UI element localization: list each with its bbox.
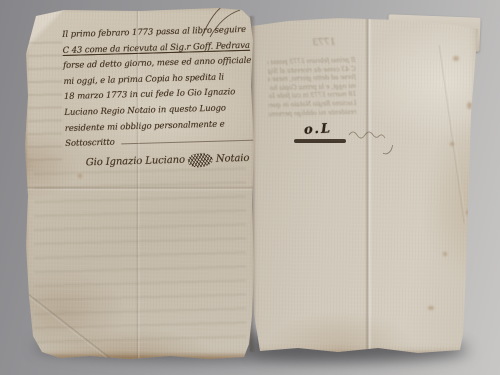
archival-mark-underline	[294, 139, 346, 143]
photo-backdrop: 1773 Il primo febraro 1773 passa al libr…	[0, 0, 500, 375]
bleedthrough-text-block: Il primo febraro 1773 passa al libro seg…	[267, 57, 357, 119]
browned-bottom-edge	[30, 352, 250, 361]
bleedthrough-line: residente mi obbligo personalmente e	[269, 108, 357, 119]
foxing-spot	[467, 102, 472, 109]
archival-ink-mark: o.L	[292, 122, 412, 162]
archival-mark-text: o.L	[304, 121, 333, 137]
foxing-spot	[466, 210, 471, 215]
foxing-spot	[453, 56, 459, 61]
handwriting-block: Il primo febraro 1773 passa al libro seg…	[62, 23, 258, 173]
foxing-spot	[443, 252, 447, 256]
foxing-spot	[450, 142, 454, 146]
right-page-crease	[438, 45, 466, 224]
archival-mark-flourish	[383, 143, 393, 156]
bleedthrough-year: 1773	[294, 37, 354, 49]
right-page: 1773 Il primo febraro 1773 passa al libr…	[248, 14, 480, 355]
manuscript-document: 1773 Il primo febraro 1773 passa al libr…	[0, 0, 500, 375]
sottoscritto-rule	[121, 140, 253, 145]
handwriting-line: Sottoscritto	[65, 136, 115, 153]
left-page: Il primo febraro 1773 passa al libro seg…	[20, 6, 256, 361]
archival-mark-scribble	[348, 126, 386, 142]
bleedthrough-lower-half	[34, 164, 246, 344]
foxing-spot	[78, 174, 82, 178]
vertical-fold-crease	[365, 14, 372, 355]
foxing-spot	[428, 306, 434, 310]
bleedthrough-left-margin	[28, 34, 62, 164]
browned-left-edge	[20, 14, 28, 357]
